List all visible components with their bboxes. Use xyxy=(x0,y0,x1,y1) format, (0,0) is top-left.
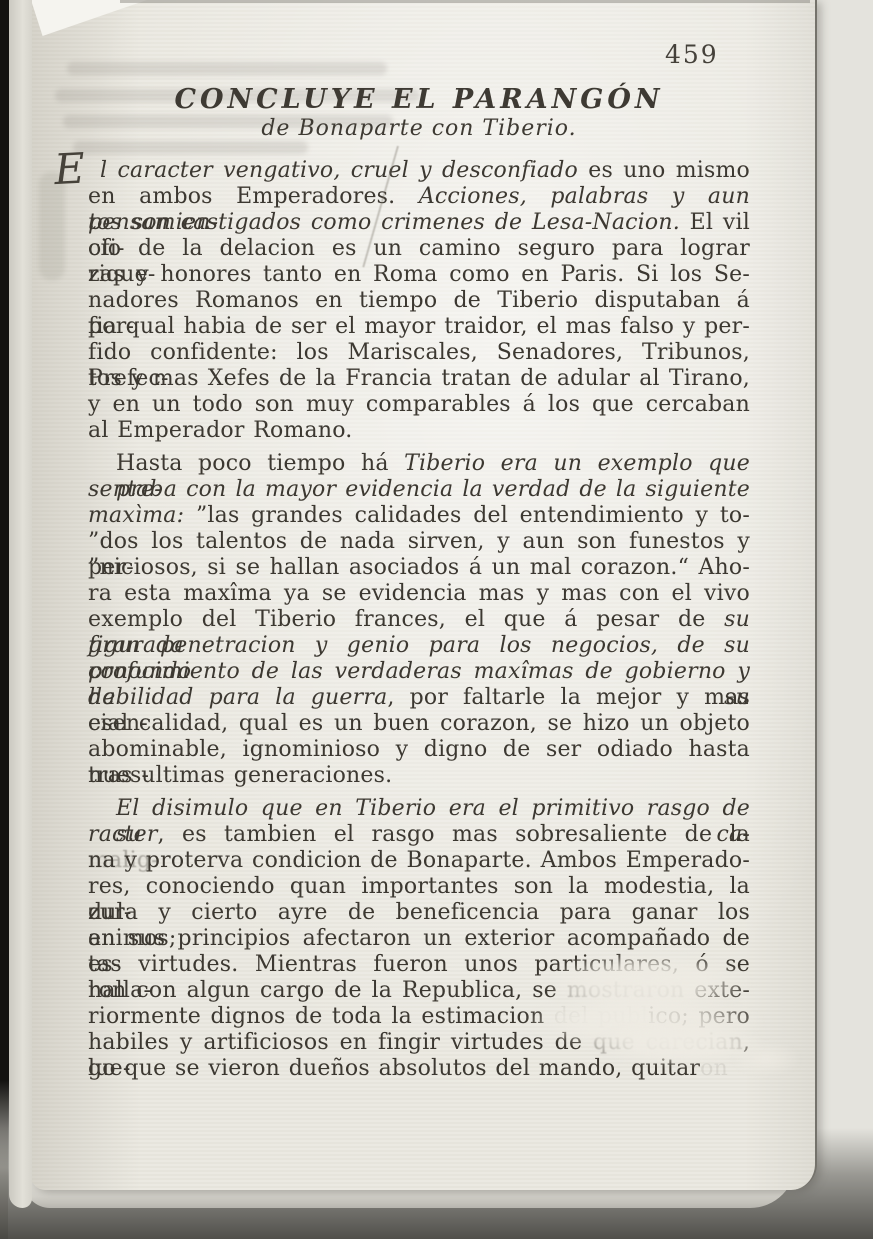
paragraph-1: E l caracter vengativo, cruel y desconfi… xyxy=(88,158,750,444)
text-line: conocimiento de las verdaderas maxîmas d… xyxy=(88,659,750,685)
folded-corner xyxy=(31,0,147,36)
page-top-edge xyxy=(120,0,810,3)
text-line: l caracter vengativo, cruel y desconfiad… xyxy=(88,158,750,184)
page-stack-edge xyxy=(9,0,32,1208)
text-line: tos y mas Xefes de la Francia tratan de … xyxy=(88,366,750,392)
text-line: ra esta maxîma ya se evidencia mas y mas… xyxy=(88,581,750,607)
text-line: exemplo del Tiberio frances, el que á pe… xyxy=(88,607,750,633)
text-line: en sus principios afectaron un exterior … xyxy=(88,926,750,952)
text-line: tras ultimas generaciones. xyxy=(88,763,750,789)
text-line: res, conociendo quan importantes son la … xyxy=(88,874,750,900)
text-line: racter, es tambien el rasgo mas sobresal… xyxy=(88,822,750,848)
text-line: abominable, ignominioso y digno de ser o… xyxy=(88,737,750,763)
scanned-book-page: 459 CONCLUYE EL PARANGÓN de Bonaparte co… xyxy=(0,0,873,1239)
page-number: 459 xyxy=(665,40,719,69)
article-body: E l caracter vengativo, cruel y desconfi… xyxy=(88,158,750,1082)
article-heading: CONCLUYE EL PARANGÓN de Bonaparte con Ti… xyxy=(88,84,750,141)
text-line: ”dos los talentos de nada sirven, y aun … xyxy=(88,529,750,555)
text-line: sentaba con la mayor evidencia la verdad… xyxy=(88,477,750,503)
drop-cap: E xyxy=(53,151,100,179)
text-line: en ambos Emperadores. Acciones, palabras… xyxy=(88,184,750,210)
article-subtitle: de Bonaparte con Tiberio. xyxy=(88,116,750,141)
book-spine xyxy=(0,0,9,1170)
ghost-text xyxy=(73,141,308,154)
text-line: maxìma: ”las grandes calidades del enten… xyxy=(88,503,750,529)
text-line: nadores Romanos en tiempo de Tiberio dis… xyxy=(88,288,750,314)
book-page: 459 CONCLUYE EL PARANGÓN de Bonaparte co… xyxy=(31,0,817,1190)
text-line: zas y honores tanto en Roma como en Pari… xyxy=(88,262,750,288)
paragraph-lines: l caracter vengativo, cruel y desconfiad… xyxy=(88,158,750,444)
text-line: habilidad para la guerra, por faltarle l… xyxy=(88,685,750,711)
text-line: El disimulo que en Tiberio era el primit… xyxy=(88,796,750,822)
text-line: fia qual habia de ser el mayor traidor, … xyxy=(88,314,750,340)
text-line: tos son castigados como crimenes de Lesa… xyxy=(88,210,750,236)
text-line: gran penetracion y genio para los negoci… xyxy=(88,633,750,659)
text-line: cio de la delacion es un camino seguro p… xyxy=(88,236,750,262)
paragraph-2: Hasta poco tiempo há Tiberio era un exem… xyxy=(88,451,750,789)
paper-stain xyxy=(731,1042,801,1076)
text-line: na y proterva condicion de Bonaparte. Am… xyxy=(88,848,750,874)
text-line: zura y cierto ayre de beneficencia para … xyxy=(88,900,750,926)
text-line: Hasta poco tiempo há Tiberio era un exem… xyxy=(88,451,750,477)
text-line: y en un todo son muy comparables á los q… xyxy=(88,392,750,418)
ghost-text xyxy=(67,62,387,75)
article-title: CONCLUYE EL PARANGÓN xyxy=(88,84,750,115)
paragraph-lines: Hasta poco tiempo há Tiberio era un exem… xyxy=(88,451,750,789)
text-line: ”niciosos, si se hallan asociados á un m… xyxy=(88,555,750,581)
text-line: fido confidente: los Mariscales, Senador… xyxy=(88,340,750,366)
text-line: cial calidad, qual es un buen corazon, s… xyxy=(88,711,750,737)
text-line: al Emperador Romano. xyxy=(88,418,750,444)
